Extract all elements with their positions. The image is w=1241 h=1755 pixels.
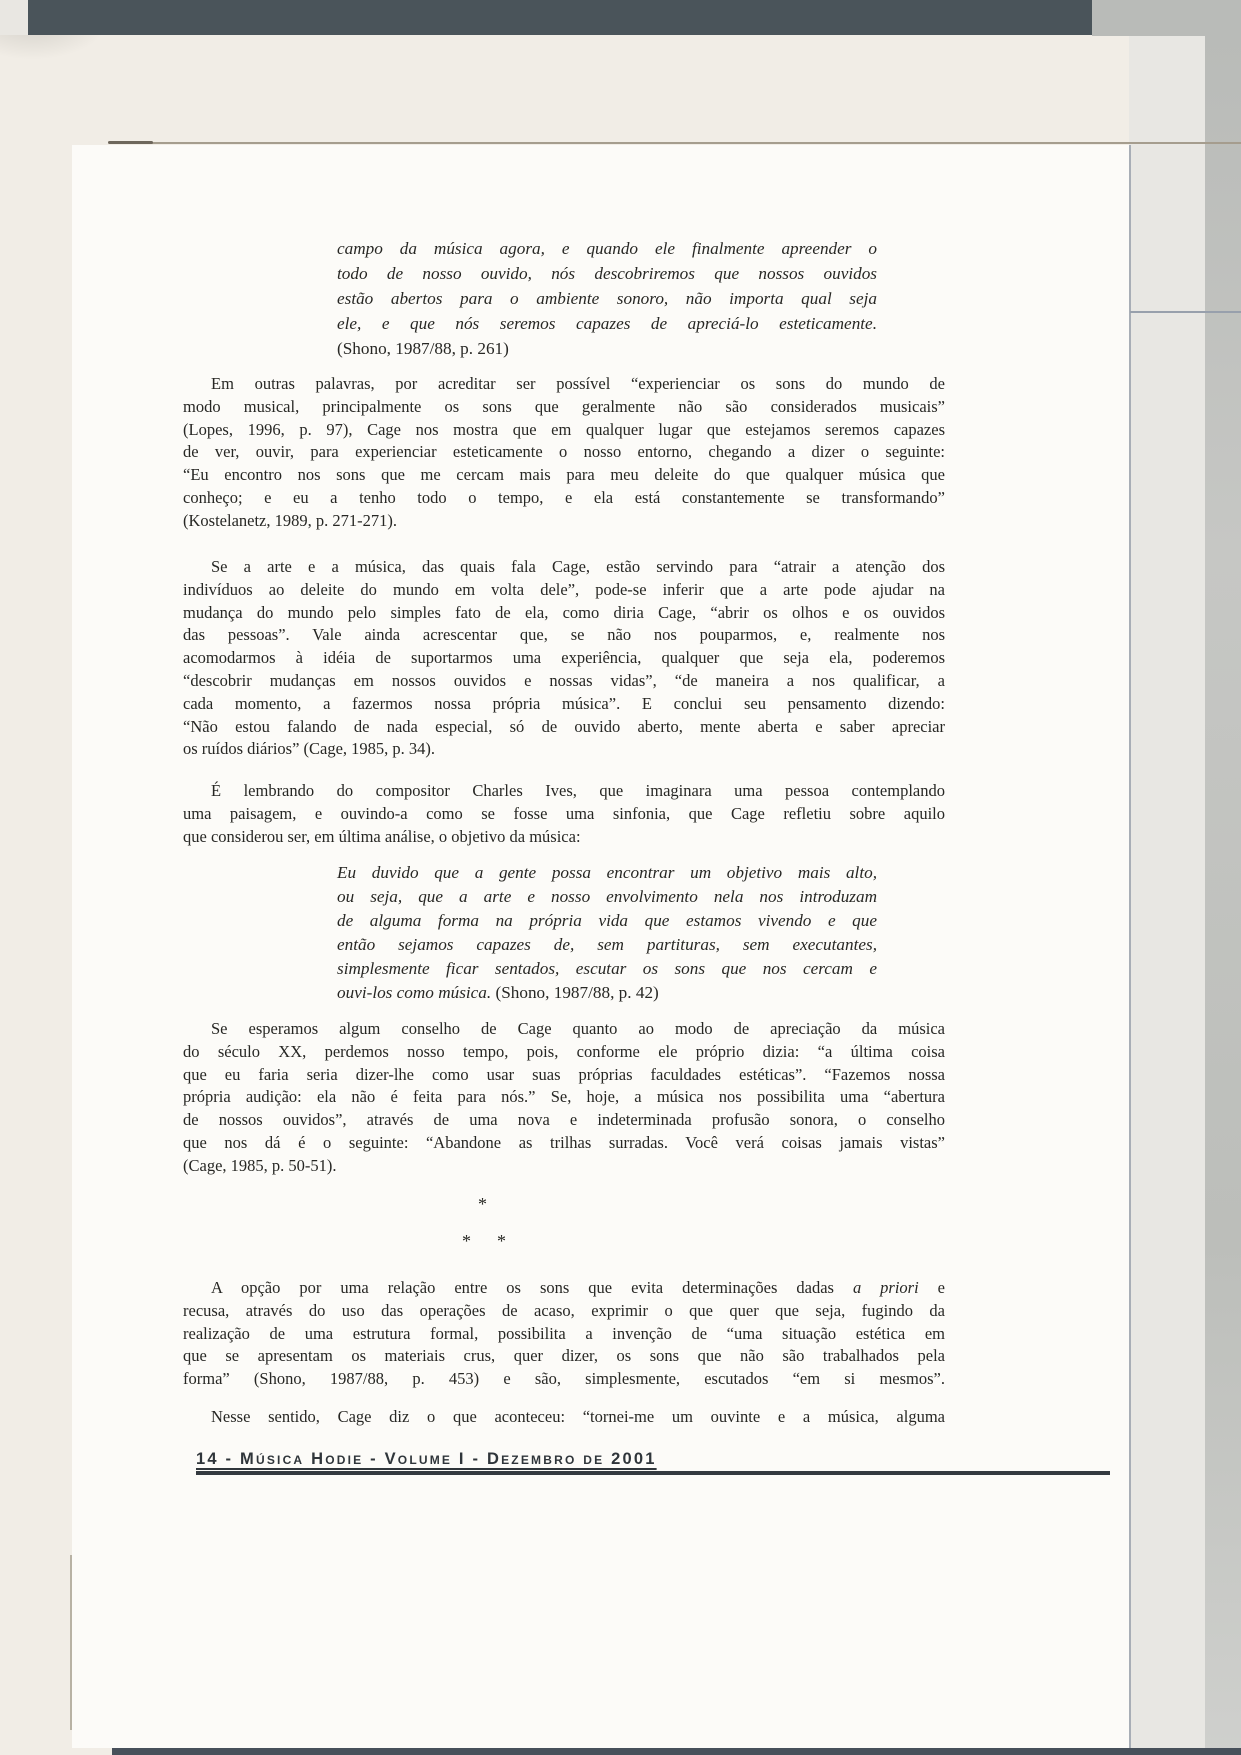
text-line: recusa, através do uso das operações de … bbox=[183, 1300, 945, 1323]
text-segment: A opção por uma relação entre os sons qu… bbox=[211, 1278, 853, 1297]
text-line: os ruídos diários” (Cage, 1985, p. 34). bbox=[183, 738, 945, 761]
paragraph-se-a-arte: Se a arte e a música, das quais fala Cag… bbox=[183, 556, 945, 761]
text-line: das pessoas”. Vale ainda acrescentar que… bbox=[183, 624, 945, 647]
text-segment: (Shono, 1987/88, p. 42) bbox=[491, 983, 659, 1002]
text-line: realização de uma estrutura formal, poss… bbox=[183, 1323, 945, 1346]
text-line: Se esperamos algum conselho de Cage quan… bbox=[183, 1018, 945, 1041]
text-line: A opção por uma relação entre os sons qu… bbox=[183, 1277, 945, 1300]
text-line: “descobrir mudanças em nossos ouvidos e … bbox=[183, 670, 945, 693]
text-line: de nossos ouvidos”, através de uma nova … bbox=[183, 1109, 945, 1132]
text-line: mudança do mundo pelo simples fato de el… bbox=[183, 602, 945, 625]
text-line: cada momento, a fazermos nossa própria m… bbox=[183, 693, 945, 716]
asterisk-divider-bottom-left: * bbox=[462, 1231, 471, 1252]
text-line: acomodarmos à idéia de suportarmos uma e… bbox=[183, 647, 945, 670]
text-line: indivíduos ao deleite do mundo em volta … bbox=[183, 579, 945, 602]
paragraph-a-opcao: A opção por uma relação entre os sons qu… bbox=[183, 1277, 945, 1391]
text-line: estão abertos para o ambiente sonoro, nã… bbox=[337, 286, 877, 311]
text-line: campo da música agora, e quando ele fina… bbox=[337, 236, 877, 261]
text-line: simplesmente ficar sentados, escutar os … bbox=[337, 957, 877, 981]
page-top-edge-line-start bbox=[108, 141, 153, 144]
paragraph-se-esperamos: Se esperamos algum conselho de Cage quan… bbox=[183, 1018, 945, 1178]
text-segment: e bbox=[919, 1278, 945, 1297]
text-line: de ver, ouvir, para experienciar estetic… bbox=[183, 441, 945, 464]
scan-top-left-notch bbox=[0, 0, 28, 35]
scanner-bed-top-band bbox=[28, 0, 1092, 35]
block-quote-eu-duvido: Eu duvido que a gente possa encontrar um… bbox=[337, 861, 877, 1005]
scan-right-strip bbox=[1205, 36, 1241, 1755]
footer-rule bbox=[196, 1471, 1110, 1475]
text-line: do século XX, perdemos nosso tempo, pois… bbox=[183, 1041, 945, 1064]
text-line: conheço; e eu a tenho todo o tempo, e el… bbox=[183, 487, 945, 510]
block-quote-epigraph: campo da música agora, e quando ele fina… bbox=[337, 236, 877, 361]
page-right-edge-line bbox=[1129, 145, 1131, 1748]
text-line: todo de nosso ouvido, nós descobriremos … bbox=[337, 261, 877, 286]
text-line: (Kostelanetz, 1989, p. 271-271). bbox=[183, 510, 945, 533]
text-line: ele, e que nós seremos capazes de apreci… bbox=[337, 311, 877, 336]
text-line: que eu faria seria dizer-lhe como usar s… bbox=[183, 1064, 945, 1087]
scanner-bed-bottom-line bbox=[112, 1748, 1241, 1755]
paragraph-charles-ives: É lembrando do compositor Charles Ives, … bbox=[183, 780, 945, 848]
text-line: modo musical, principalmente os sons que… bbox=[183, 396, 945, 419]
text-line: Em outras palavras, por acreditar ser po… bbox=[183, 373, 945, 396]
text-segment: (Shono, 1987/88, p. 261) bbox=[337, 339, 509, 358]
text-line: de alguma forma na própria vida que esta… bbox=[337, 909, 877, 933]
scan-bottom-left-line bbox=[70, 1555, 72, 1730]
text-line: (Cage, 1985, p. 50-51). bbox=[183, 1155, 945, 1178]
text-segment: a priori bbox=[853, 1278, 919, 1297]
text-line: que nos dá é o seguinte: “Abandone as tr… bbox=[183, 1132, 945, 1155]
text-line: É lembrando do compositor Charles Ives, … bbox=[183, 780, 945, 803]
asterisk-divider-bottom-right: * bbox=[497, 1231, 506, 1252]
page-footer-journal-line: 14 - Música Hodie - Volume I - Dezembro … bbox=[196, 1450, 657, 1469]
page-top-edge-line bbox=[145, 142, 1241, 144]
asterisk-divider-top: * bbox=[478, 1194, 487, 1215]
text-line: uma paisagem, e ouvindo-a como se fosse … bbox=[183, 803, 945, 826]
text-line: “Não estou falando de nada especial, só … bbox=[183, 716, 945, 739]
scan-right-horizontal-line bbox=[1130, 311, 1241, 313]
text-line: ou seja, que a arte e nosso envolvimento… bbox=[337, 885, 877, 909]
text-line: ouvi-los como música. (Shono, 1987/88, p… bbox=[337, 981, 877, 1005]
text-line: “Eu encontro nos sons que me cercam mais… bbox=[183, 464, 945, 487]
text-line: Eu duvido que a gente possa encontrar um… bbox=[337, 861, 877, 885]
text-line: então sejamos capazes de, sem partituras… bbox=[337, 933, 877, 957]
text-segment: ouvi-los como música. bbox=[337, 983, 491, 1002]
text-line: forma” (Shono, 1987/88, p. 453) e são, s… bbox=[183, 1368, 945, 1391]
text-line: própria audição: ela não é feita para nó… bbox=[183, 1086, 945, 1109]
scan-top-right-gray bbox=[1092, 0, 1241, 36]
text-line: que considerou ser, em última análise, o… bbox=[183, 826, 945, 849]
paragraph-nesse-sentido: Nesse sentido, Cage diz o que aconteceu:… bbox=[183, 1406, 945, 1429]
scan-right-gutter bbox=[1129, 36, 1205, 1755]
scanned-document-page: campo da música agora, e quando ele fina… bbox=[0, 0, 1241, 1755]
paragraph-em-outras-palavras: Em outras palavras, por acreditar ser po… bbox=[183, 373, 945, 533]
text-line: Nesse sentido, Cage diz o que aconteceu:… bbox=[183, 1406, 945, 1429]
text-line: que se apresentam os materiais crus, que… bbox=[183, 1345, 945, 1368]
text-line: (Shono, 1987/88, p. 261) bbox=[337, 336, 877, 361]
text-line: Se a arte e a música, das quais fala Cag… bbox=[183, 556, 945, 579]
text-line: (Lopes, 1996, p. 97), Cage nos mostra qu… bbox=[183, 419, 945, 442]
